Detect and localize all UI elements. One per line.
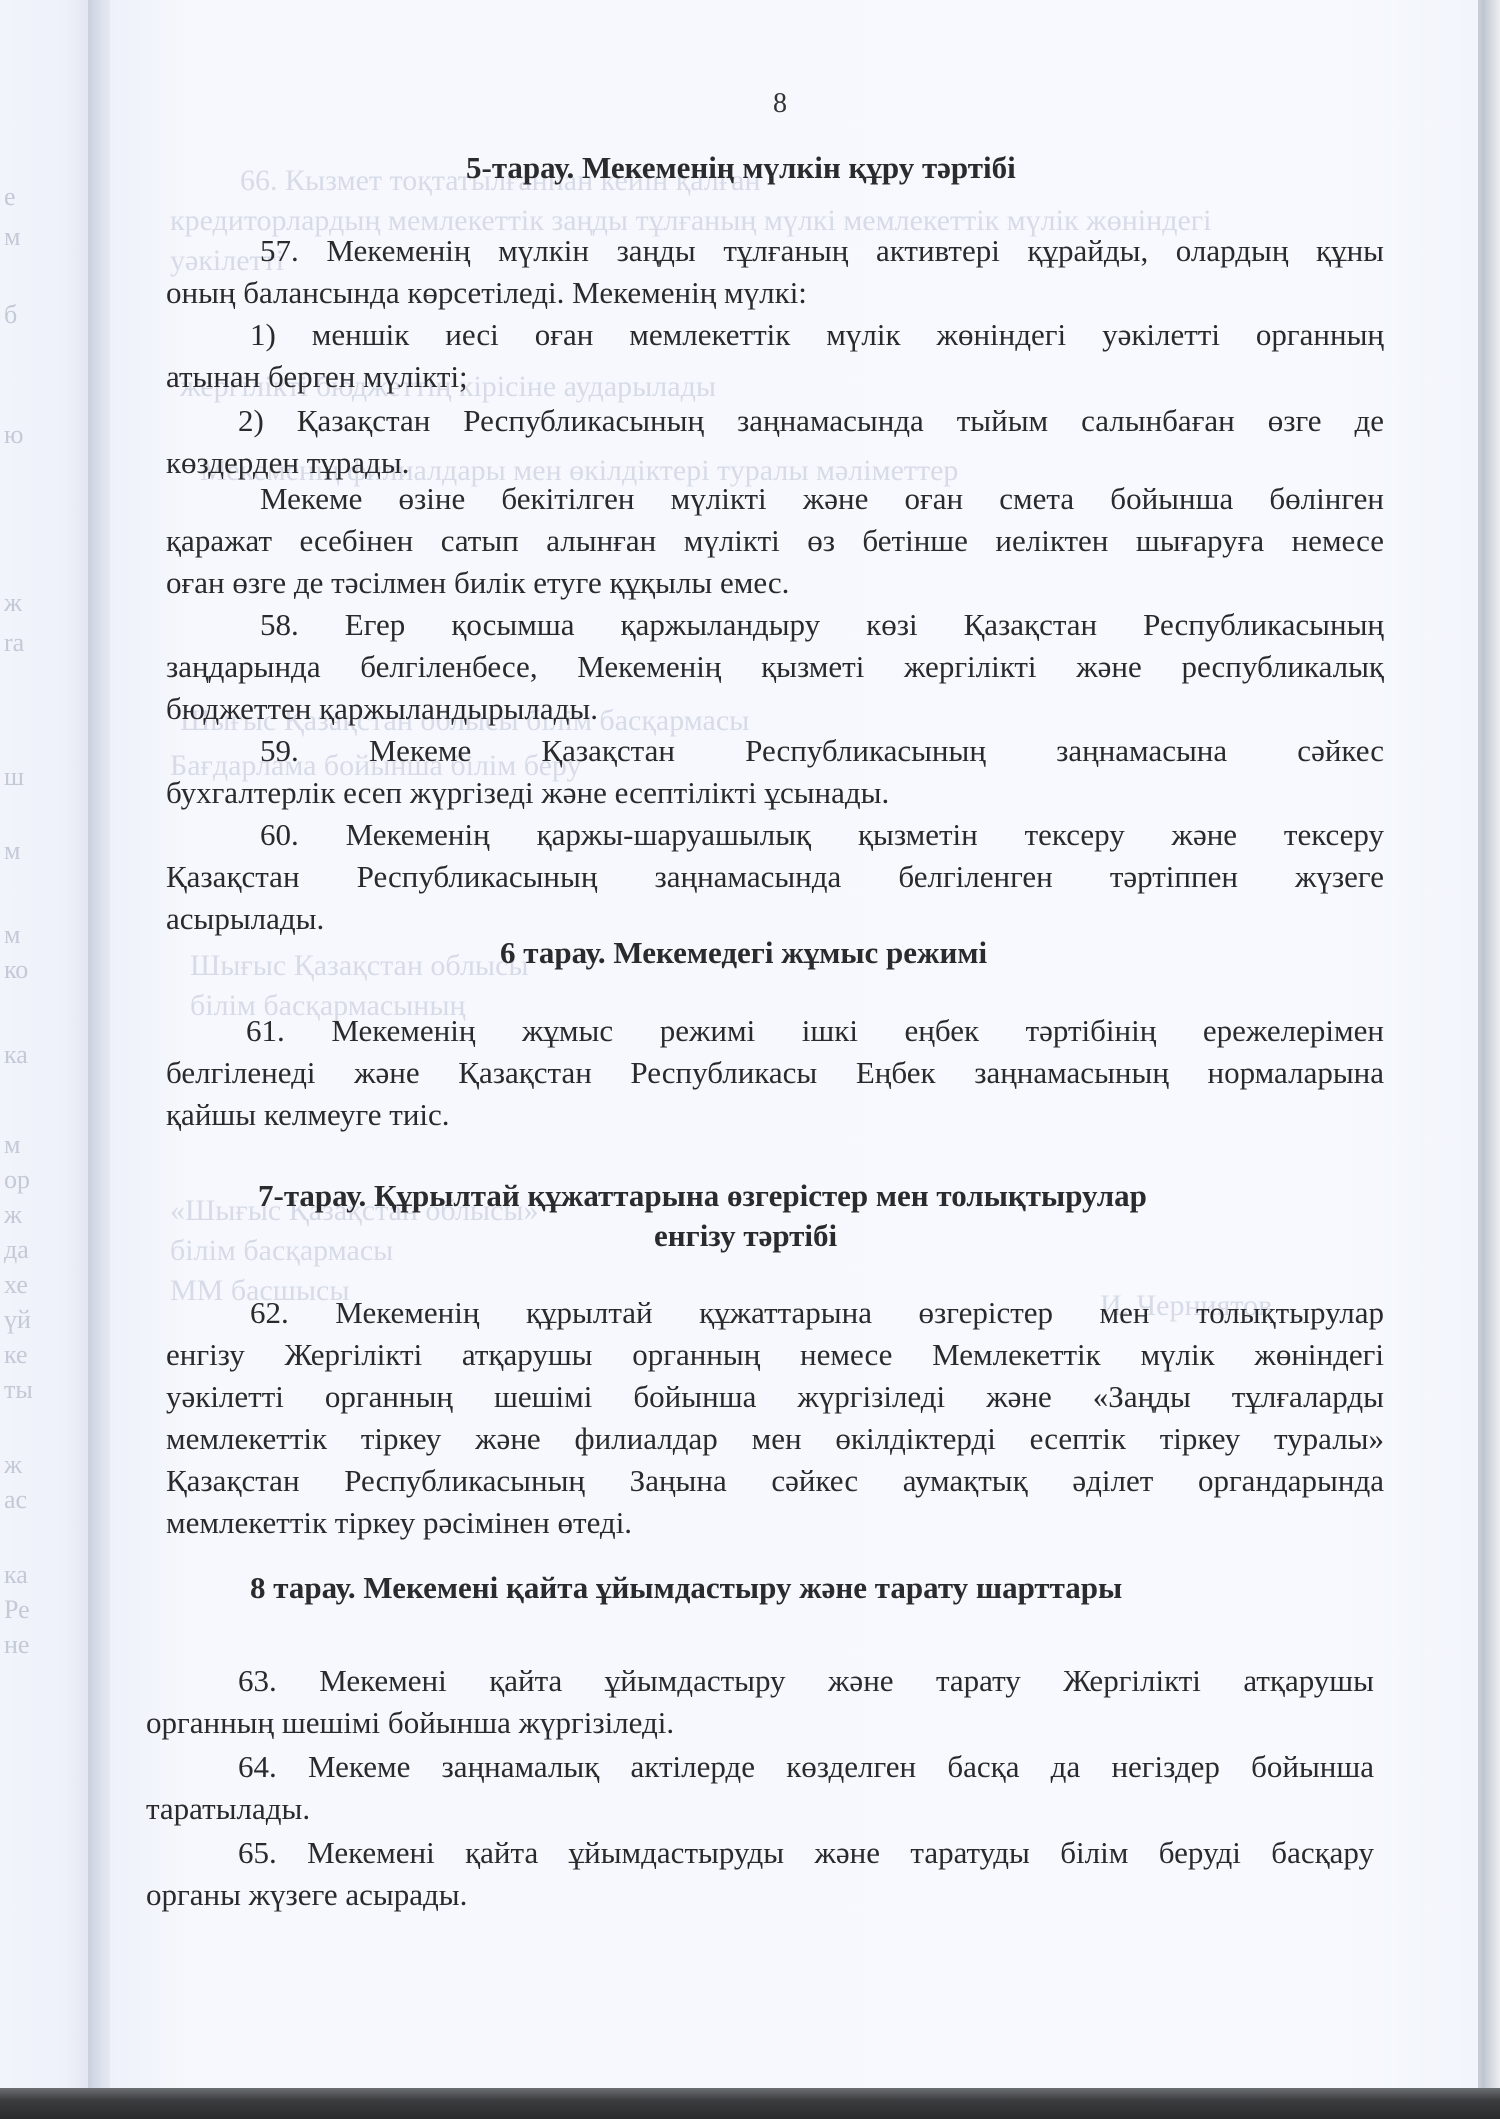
paragraph-65: 65. Мекемені қайта ұйымдастыруды және та… [146,1832,1374,1916]
adjacent-page-edge: е м б ю ж ra ш м м ко ка м ор ж да хе үй… [0,0,95,2090]
adjacent-page-fragment: ка [4,1560,42,1590]
adjacent-page-fragment: үй [4,1305,42,1335]
text-line: оған өзге де тәсілмен билік етуге құқылы… [166,562,1384,604]
adjacent-page-fragment: ка [4,1040,42,1070]
text-line: 2) Қазақстан Республикасының заңнамасынд… [166,400,1384,442]
text-line: 57. Мекеменің мүлкін заңды тұлғаның акти… [166,230,1384,272]
scanner-bottom-edge [0,2088,1500,2119]
adjacent-page-fragment: ш [4,762,42,792]
adjacent-page-fragment: да [4,1235,42,1265]
adjacent-page-fragment: м [4,920,42,950]
text-line: 62. Мекеменің құрылтай құжаттарына өзгер… [166,1292,1384,1334]
page-number: 8 [773,88,787,120]
text-line: қайшы келмеуге тиіс. [166,1094,1384,1136]
text-line: асырылады. [166,898,1384,940]
text-line: таратылады. [146,1788,1374,1830]
text-line: заңдарында белгіленбесе, Мекеменің қызме… [166,646,1384,688]
chapter-6-heading: 6 тарау. Мекемедегі жұмыс режимі [500,935,987,971]
paragraph-61: 61. Мекеменің жұмыс режимі ішкі еңбек тә… [166,1010,1384,1136]
text-line: 64. Мекеме заңнамалық актілерде көзделге… [146,1746,1374,1788]
chapter-7-heading-line-1: 7-тарау. Құрылтай құжаттарына өзгерістер… [258,1178,1147,1214]
adjacent-page-fragment: ко [4,955,42,985]
adjacent-page-fragment: ю [4,420,42,450]
text-line: уәкілетті органның шешімі бойынша жүргіз… [166,1376,1384,1418]
chapter-8-heading: 8 тарау. Мекемені қайта ұйымдастыру және… [250,1570,1122,1606]
text-line: мемлекеттік тіркеу рәсімінен өтеді. [166,1502,1384,1544]
adjacent-page-fragment: ж [4,1450,42,1480]
text-line: бюджеттен қаржыландырылады. [166,688,1384,730]
text-line: Мекеме өзіне бекітілген мүлікті және оға… [166,478,1384,520]
adjacent-page-fragment: ты [4,1375,42,1405]
text-line: Қазақстан Республикасының Заңына сәйкес … [166,1460,1384,1502]
text-line: енгізу Жергілікті атқарушы органның неме… [166,1334,1384,1376]
text-line: мемлекеттік тіркеу және филиалдар мен өк… [166,1418,1384,1460]
paragraph-63: 63. Мекемені қайта ұйымдастыру және тара… [146,1660,1374,1744]
page-right-edge [1482,0,1500,2088]
adjacent-page-fragment: ас [4,1485,42,1515]
text-line: 60. Мекеменің қаржы-шаруашылық қызметін … [166,814,1384,856]
chapter-5-heading: 5-тарау. Мекеменің мүлкін құру тәртібі [466,150,1016,186]
adjacent-page-fragment: ж [4,588,42,618]
adjacent-page-fragment: ке [4,1340,42,1370]
paragraph-57: 57. Мекеменің мүлкін заңды тұлғаның акти… [166,230,1384,314]
text-line: 1) меншік иесі оған мемлекеттік мүлік жө… [166,314,1384,356]
text-line: органы жүзеге асырады. [146,1874,1374,1916]
text-line: 65. Мекемені қайта ұйымдастыруды және та… [146,1832,1374,1874]
text-line: 59. Мекеме Қазақстан Республикасының заң… [166,730,1384,772]
adjacent-page-fragment: ж [4,1200,42,1230]
adjacent-page-fragment: ra [4,628,42,658]
text-line: Қазақстан Республикасының заңнамасында б… [166,856,1384,898]
text-line: атынан берген мүлікті; [166,356,1384,398]
text-line: 58. Егер қосымша қаржыландыру көзі Қазақ… [166,604,1384,646]
text-line: 61. Мекеменің жұмыс режимі ішкі еңбек тә… [166,1010,1384,1052]
text-line: қаражат есебінен сатып алынған мүлікті ө… [166,520,1384,562]
paragraph-60: 60. Мекеменің қаржы-шаруашылық қызметін … [166,814,1384,940]
adjacent-page-fragment: м [4,222,42,252]
adjacent-page-fragment: ор [4,1165,42,1195]
adjacent-page-fragment: б [4,300,42,330]
paragraph-59: 59. Мекеме Қазақстан Республикасының заң… [166,730,1384,814]
adjacent-page-fragment: не [4,1630,42,1660]
adjacent-page-fragment: е [4,182,42,212]
adjacent-page-fragment: Ре [4,1595,42,1625]
text-line: 63. Мекемені қайта ұйымдастыру және тара… [146,1660,1374,1702]
paragraph-58: 58. Егер қосымша қаржыландыру көзі Қазақ… [166,604,1384,730]
paragraph-62: 62. Мекеменің құрылтай құжаттарына өзгер… [166,1292,1384,1544]
paragraph-property-disposal: Мекеме өзіне бекітілген мүлікті және оға… [166,478,1384,604]
text-line: белгіленеді және Қазақстан Республикасы … [166,1052,1384,1094]
adjacent-page-fragment: хе [4,1270,42,1300]
item-1: 1) меншік иесі оған мемлекеттік мүлік жө… [166,314,1384,398]
paragraph-64: 64. Мекеме заңнамалық актілерде көзделге… [146,1746,1374,1830]
adjacent-page-fragment: м [4,836,42,866]
text-line: органның шешімі бойынша жүргізіледі. [146,1702,1374,1744]
text-line: бухгалтерлік есеп жүргізеді және есептіл… [166,772,1384,814]
text-line: оның балансында көрсетіледі. Мекеменің м… [166,272,1384,314]
chapter-7-heading-line-2: енгізу тәртібі [654,1218,837,1254]
adjacent-page-fragment: м [4,1130,42,1160]
item-2: 2) Қазақстан Республикасының заңнамасынд… [166,400,1384,484]
